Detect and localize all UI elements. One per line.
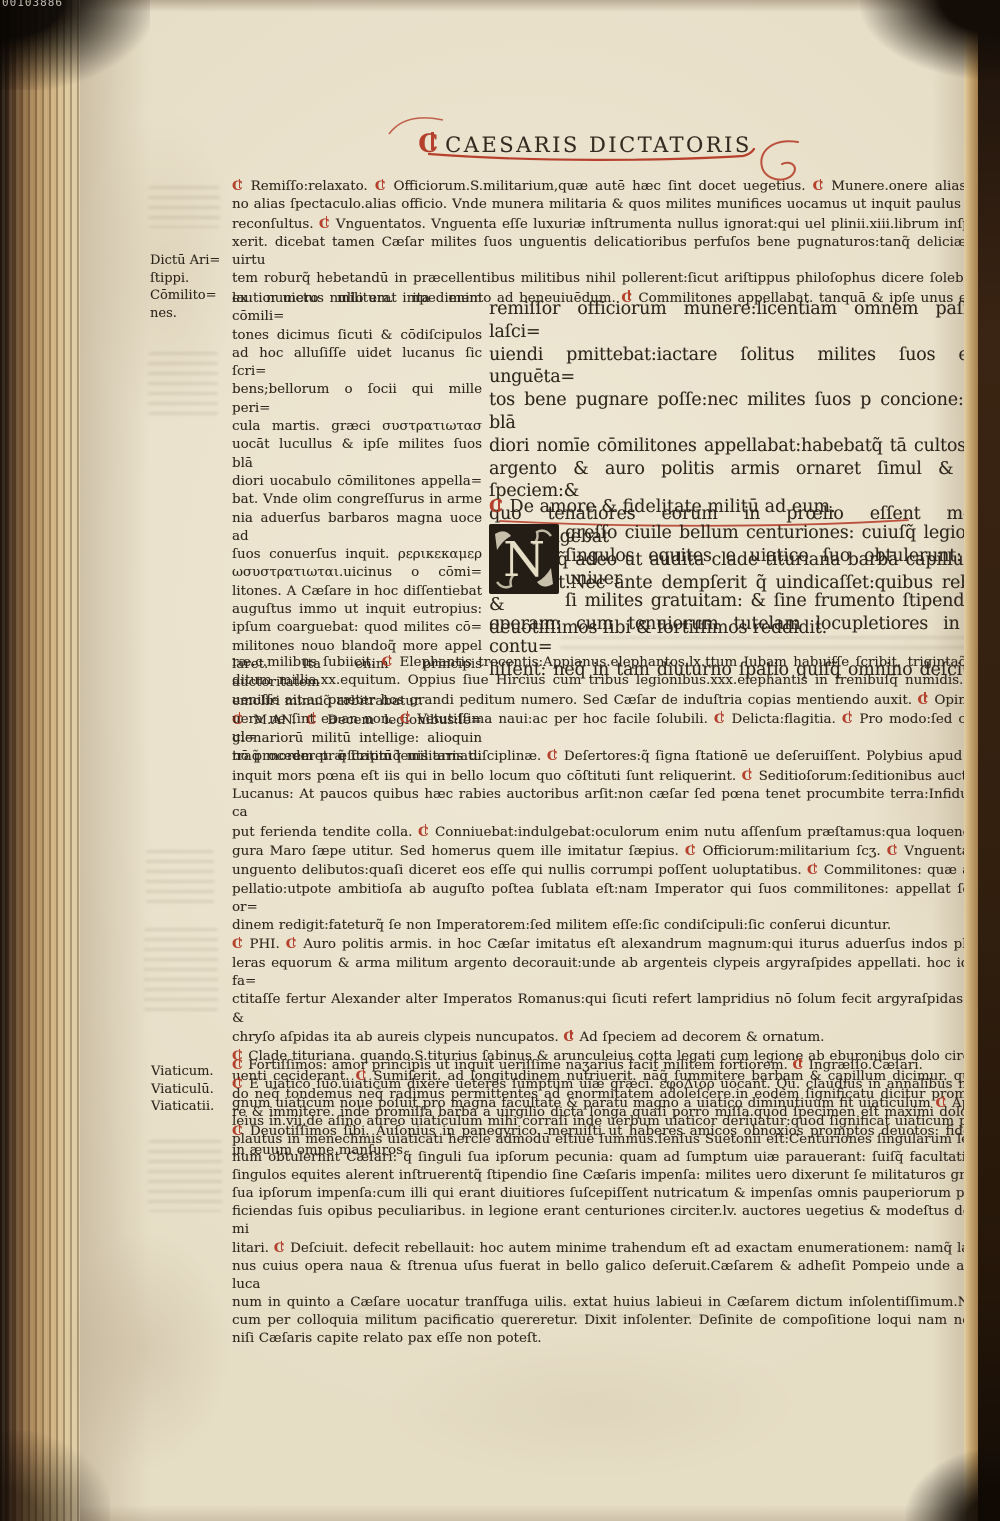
- pilcrow-mark: C: [917, 691, 928, 709]
- show-through-ghost: [148, 186, 220, 228]
- text-line: litones. A Cæſare in hoc diſſentiebat: [232, 583, 482, 601]
- text-line: ſua ipſorum impenſa:cum illi qui erant d…: [232, 1185, 990, 1203]
- pilcrow-mark: C: [887, 842, 898, 860]
- text-line: reconſultus. C Vnguentatos. Vnguenta eſſ…: [232, 215, 990, 234]
- text-line: nus cuius opera naua & ſtrenua uſus fuer…: [232, 1258, 990, 1294]
- text-line: ctitaſſe fertur Alexander alter Imperato…: [232, 991, 990, 1028]
- parchment-stain: [380, 1330, 800, 1480]
- text-line: uiendi pmittebat:iactare ſolitus milites…: [489, 344, 991, 390]
- pilcrow-mark: C: [382, 653, 393, 671]
- pilcrow-mark: C: [714, 710, 725, 728]
- show-through-ghost: [148, 352, 218, 416]
- text-line: C PHI. C Auro politis armis. in hoc Cæſa…: [232, 935, 990, 954]
- photo-corner-shadow: [905, 1448, 1000, 1521]
- pilcrow-mark: C: [547, 747, 558, 765]
- photo-corner-shadow: [0, 0, 150, 90]
- text-line: uera ne ſint ea:an non. C Vetutiſſima na…: [232, 710, 990, 748]
- text-line: ſingulos equites e uiatico ſuo obtulerun…: [489, 545, 991, 591]
- pilcrow-mark: C: [375, 177, 386, 195]
- pilcrow-mark: C: [232, 935, 243, 953]
- commentary-fortissimos: C Fortiſſimos: amor principis ut inquit …: [232, 1056, 990, 1075]
- text-line: Viaticulū.: [151, 1081, 233, 1099]
- text-line: ſtippi.: [150, 270, 232, 288]
- woodcut-initial-N: N: [489, 524, 559, 594]
- text-line: Viaticum.: [151, 1063, 233, 1081]
- text-line: cum per colloquia militum pacificatio qu…: [232, 1312, 990, 1330]
- archive-number: 00103886: [2, 0, 63, 9]
- text-line: xerit. dicebat tamen Cæſar milites ſuos …: [232, 234, 990, 271]
- commentary-viaticum: C E uiatico ſuo.uiaticum dixere ueteres …: [232, 1075, 990, 1348]
- book-photo: 00103886 CCAESARIS DICTATORIS Dictū Ari=…: [0, 0, 1000, 1521]
- text-line: nia aduerſus barbaros magna uoce ad: [232, 510, 482, 547]
- pilcrow-mark: C: [319, 215, 330, 233]
- text-line: gnum uiaticum noue poſuit pro magna facu…: [232, 1094, 990, 1113]
- photo-corner-shadow: [860, 0, 1000, 80]
- margin-note-aristippus: Dictū Ari=ſtippi.Cōmilito=nes.: [150, 252, 232, 322]
- text-line: Viaticatii.: [151, 1098, 233, 1116]
- text-line: C E uiatico ſuo.uiaticum dixere ueteres …: [232, 1075, 990, 1094]
- pilcrow-mark: C: [418, 129, 442, 158]
- text-line: ueniſſe ait:ac præter hos grandi peditum…: [232, 691, 990, 710]
- text-line: operam: cum tenuiorum tutelam locupletio…: [489, 613, 991, 659]
- page-edges-left: [0, 0, 80, 1521]
- pilcrow-mark: C: [232, 1056, 243, 1074]
- show-through-ghost: [146, 850, 214, 904]
- running-header: CCAESARIS DICTATORIS: [410, 129, 760, 158]
- text-line: tones dicimus ſicuti & cōdiſcipulos: [232, 327, 482, 345]
- chapter-heading: C De amore & fidelitate militū ad eum.: [489, 497, 836, 517]
- text-line: bat. Vnde olim congreſſurus in arme: [232, 491, 482, 509]
- pilcrow-mark: C: [274, 1239, 285, 1257]
- text-line: C Remiſſo:relaxato. C Officiorum.S.milit…: [232, 177, 990, 196]
- text-line: ſuos conuerſus inquit. ρερικεκαμερ: [232, 546, 482, 564]
- pilcrow-mark: C: [842, 710, 853, 728]
- text-line: put ferienda tendite colla. C Conniuebat…: [232, 823, 990, 842]
- text-line: ſingulos equites alerent inſtruerentq̃ ſ…: [232, 1167, 990, 1185]
- text-line: ωσυστρατιωται.uicinus o cōmi=: [232, 564, 482, 582]
- pilcrow-mark: C: [232, 177, 243, 195]
- text-line: num in quinto a Cæſare uocatur tranſfuga…: [232, 1294, 990, 1312]
- text-line: Lucanus: At paucos quibus hæc rabies auc…: [232, 786, 990, 823]
- text-line: plautus in menechmis uiaticati hercle ad…: [232, 1131, 990, 1149]
- pilcrow-mark: C: [807, 861, 818, 879]
- text-line: niſi Cæſaris capite relato pax eſſe non …: [232, 1330, 990, 1348]
- text-line: Dictū Ari=: [150, 252, 232, 270]
- text-line: dinem redigit:fateturq̃ ſe non Imperator…: [232, 917, 990, 935]
- text-line: unguento delibutos:quaſi diceret eos eſſ…: [232, 861, 990, 880]
- text-line: pellatio:utpote ambitioſa ab auguſto poſ…: [232, 881, 990, 918]
- text-line: ræ.c.milibus ſubiicit. C Elephantis trec…: [232, 653, 990, 672]
- text-line: bens;bellorum o ſocii qui mille peri=: [232, 381, 482, 418]
- text-line: C Fortiſſimos: amor principis ut inquit …: [232, 1056, 990, 1075]
- margin-note-viaticum: Viaticum.Viaticulū.Viaticatii.: [151, 1063, 233, 1116]
- text-line: ſi milites gratuitam: & ſine frumento ſt…: [489, 590, 991, 613]
- pilcrow-mark: C: [813, 177, 824, 195]
- text-line: auguſtus immo ut inquit eutropius:: [232, 601, 482, 619]
- text-line: tos bene pugnare poſſe:nec milites ſuos …: [489, 389, 991, 435]
- text-line: uocāt lucullus & ipſe milites ſuos blā: [232, 436, 482, 473]
- text-line: gura Maro ſæpe utitur. Sed homerus quem …: [232, 842, 990, 861]
- initial-letter: N: [503, 532, 545, 588]
- book-page: CCAESARIS DICTATORIS Dictū Ari=ſtippi.Cō…: [80, 0, 978, 1521]
- pilcrow-mark: C: [489, 497, 504, 517]
- text-line: ditum millia.xx.equitum. Oppius ſiue Hir…: [232, 672, 990, 690]
- text-line: ipſum coarguebat: quod milites cō=: [232, 619, 482, 637]
- text-line: ad hoc alluſiſſe uidet lucanus ſic ſcri=: [232, 345, 482, 382]
- show-through-ghost: [148, 1140, 222, 1212]
- book-cover-edge: [978, 0, 1000, 1521]
- show-through-ghost: [144, 928, 218, 1012]
- text-line: tem roburq̃ hebetandū in præcellentibus …: [232, 270, 990, 288]
- photo-corner-shadow: [0, 1431, 110, 1521]
- text-line: leius in.vii.de aſino aureo uiaticulum m…: [232, 1113, 990, 1131]
- pilcrow-mark: C: [232, 1075, 243, 1093]
- text-line: remiſſor officiorum munere:licentiam omn…: [489, 298, 991, 344]
- pilcrow-mark: C: [400, 710, 411, 728]
- text-line: Cōmilito=: [150, 287, 232, 305]
- text-line: no alias ſpectaculo.alias officio. Vnde …: [232, 196, 990, 214]
- text-line: litari. C Deſciuit. defecit rebellauit: …: [232, 1239, 990, 1258]
- pilcrow-mark: C: [563, 1028, 574, 1046]
- text-line: inquit mors pœna eſt iis qui in bello lo…: [232, 767, 990, 786]
- text-line: nes.: [150, 305, 232, 323]
- text-line: diori uocabulo cōmilitones appella=: [232, 473, 482, 491]
- text-line: chryſo aſpidas ita ab aureis clypeis nun…: [232, 1028, 990, 1047]
- text-line: ficiendas ſuis opibus peculiaribus. in l…: [232, 1203, 990, 1239]
- text-line: num obtulernnt Cæſari: q̃ ſinguli ſua ip…: [232, 1149, 990, 1167]
- text-line: traq̃ morem præſcriptūq̃ militaris diſci…: [232, 747, 990, 766]
- pilcrow-mark: C: [685, 842, 696, 860]
- header-title: CAESARIS DICTATORIS: [445, 133, 752, 157]
- text-line: greſſo ciuile bellum centuriones: cuiuſq…: [489, 522, 991, 545]
- text-line: leras equorum & arma militum argento dec…: [232, 955, 990, 992]
- text-line: diori nomīe cōmilitones appellabat:habeb…: [489, 435, 991, 458]
- pilcrow-mark: C: [286, 935, 297, 953]
- pilcrow-mark: C: [792, 1056, 803, 1074]
- text-line: cula martis. græci συστρατιωτασ: [232, 418, 482, 436]
- commentary-top: C Remiſſo:relaxato. C Officiorum.S.milit…: [232, 177, 990, 308]
- pilcrow-mark: C: [742, 767, 753, 785]
- pilcrow-mark: C: [418, 823, 429, 841]
- pilcrow-mark: C: [936, 1094, 947, 1112]
- text-line: ex numero militum. ita enim cōmili=: [232, 290, 482, 327]
